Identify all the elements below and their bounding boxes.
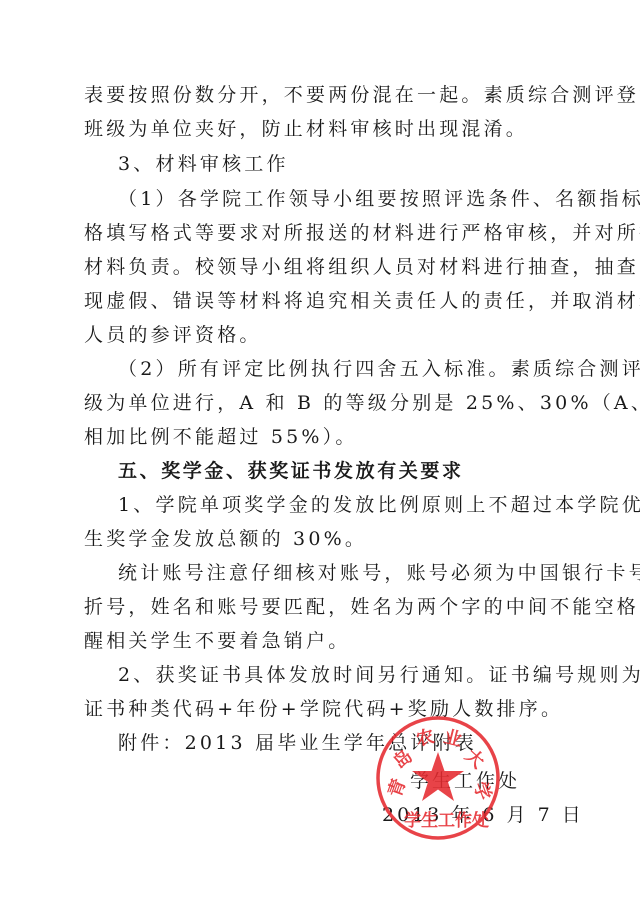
section-heading-5: 五、奖学金、获奖证书发放有关要求 [118, 460, 598, 482]
text-line: 统计账号注意仔细核对账号，账号必须为中国银行卡号或存 [118, 562, 598, 584]
text-line: 班级为单位夹好，防止材料审核时出现混淆。 [84, 118, 564, 140]
official-seal-icon: 青 岛 农 业 大 学 学生工作处 [374, 714, 502, 842]
svg-text:学生工作处: 学生工作处 [404, 810, 489, 831]
text-line: 2、获奖证书具体发放时间另行通知。证书编号规则为：QDND+ [118, 664, 598, 686]
text-line: 格填写格式等要求对所报送的材料进行严格审核，并对所提交的 [84, 222, 564, 244]
svg-text:大: 大 [461, 744, 489, 772]
attachment-line: 附件：2013 届毕业生学年总评附表 [118, 732, 598, 754]
svg-text:业: 业 [442, 726, 465, 751]
text-line: 材料负责。校领导小组将组织人员对材料进行抽查，抽查中如发 [84, 256, 564, 278]
svg-text:农: 农 [414, 725, 437, 751]
text-line: 生奖学金发放总额的 30%。 [84, 528, 564, 550]
text-line: 表要按照份数分开，不要两份混在一起。素质综合测评登记表以 [84, 84, 564, 106]
text-line: 现虚假、错误等材料将追究相关责任人的责任，并取消材料相关 [84, 290, 564, 312]
text-line: 醒相关学生不要着急销户。 [84, 630, 564, 652]
text-line: （1）各学院工作领导小组要按照评选条件、名额指标、表 [118, 188, 598, 210]
text-line: 相加比例不能超过 55%）。 [84, 426, 564, 448]
text-line: 1、学院单项奖学金的发放比例原则上不超过本学院优秀学 [118, 494, 598, 516]
svg-text:青: 青 [383, 776, 410, 800]
text-line: 级为单位进行，A 和 B 的等级分别是 25%、30%（A、B 等级总数 [84, 392, 564, 414]
document-page: 表要按照份数分开，不要两份混在一起。素质综合测评登记表以 班级为单位夹好，防止材… [0, 0, 640, 909]
text-line: （2）所有评定比例执行四舍五入标准。素质综合测评以班 [118, 358, 598, 380]
svg-text:岛: 岛 [389, 745, 417, 773]
svg-text:学: 学 [469, 779, 496, 803]
text-line: 人员的参评资格。 [84, 324, 564, 346]
text-line: 折号，姓名和账号要匹配，姓名为两个字的中间不能空格，要提 [84, 596, 564, 618]
section-heading-3: 3、材料审核工作 [118, 153, 598, 175]
